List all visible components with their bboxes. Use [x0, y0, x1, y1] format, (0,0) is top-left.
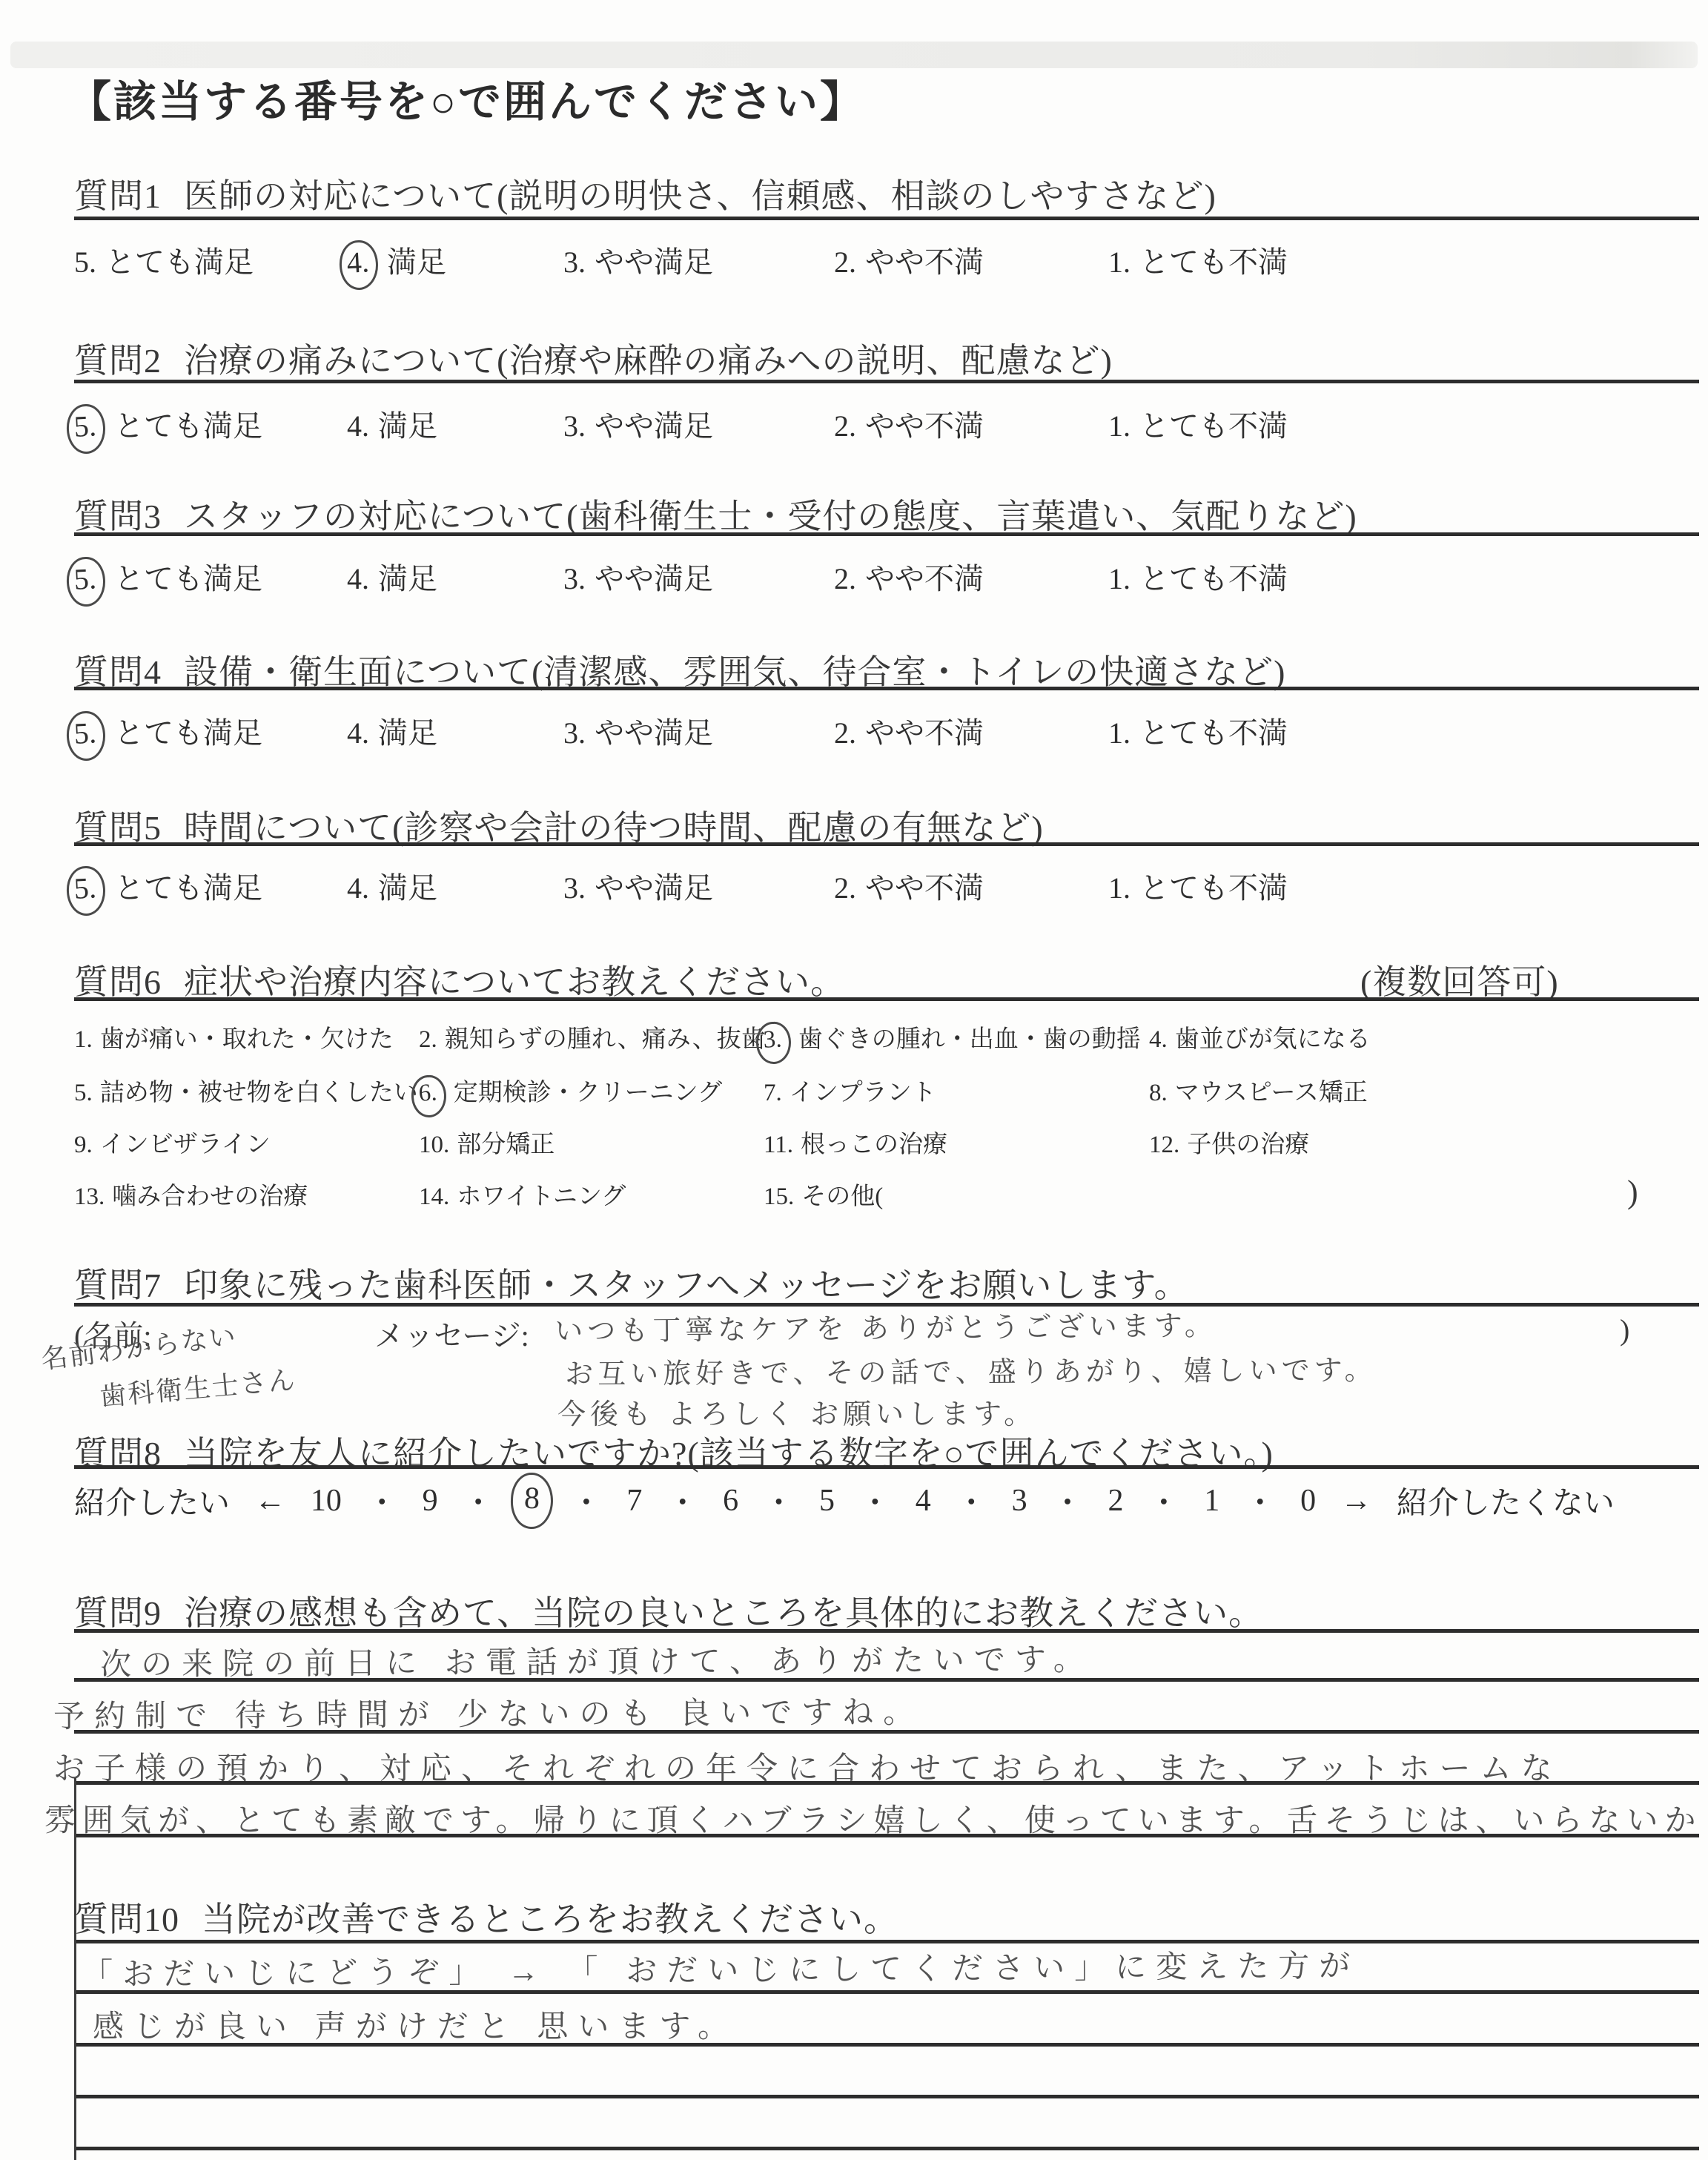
q10-answer-line-2 [74, 2043, 1699, 2047]
q4-option-4-label: 満足 [378, 716, 437, 750]
question-1-title: 医師の対応について(説明の明快さ、信頼感、相談のしやすさなど) [184, 177, 1217, 215]
q8-recommend-scale: 紹介したい ← 10 ・ 9 ・ 8 ・ 7 ・ 6 ・ 5 ・ 4 ・ 3 ・… [74, 1479, 1615, 1523]
q4-option-2: 2.やや不満 [834, 710, 984, 752]
q8-dot: ・ [1052, 1479, 1083, 1523]
q6-item-14-number: 14. [419, 1183, 449, 1210]
q2-option-3: 3.やや満足 [563, 403, 713, 445]
q8-number-0: 0 [1300, 1483, 1316, 1519]
question-10-number: 質問10 [74, 1900, 179, 1938]
q2-option-5-number-circled: 5. [65, 403, 106, 455]
q4-option-2-label: やや不満 [865, 716, 984, 750]
question-6-row-1: 1.歯が痛い・取れた・欠けた 2.親知らずの腫れ、痛み、抜歯 3.歯ぐきの腫れ・… [74, 1020, 1699, 1063]
question-6-row-4: 13.噛み合わせの治療 14.ホワイトニング 15.その他( [74, 1177, 1699, 1220]
q8-number-6: 6 [723, 1483, 738, 1519]
q2-option-4-label: 満足 [378, 409, 437, 443]
question-7-title: 印象に残った歯科医師・スタッフへメッセージをお願いします。 [184, 1266, 1189, 1304]
question-1-number: 質問1 [74, 177, 162, 215]
q6-item-10-label: 部分矯正 [457, 1132, 555, 1158]
q7-handwritten-message-line-3: 今後も よろしく お願いします。 [557, 1391, 1036, 1432]
q3-option-2-number: 2. [834, 562, 856, 595]
q2-option-1: 1.とても不満 [1108, 403, 1288, 445]
question-9-heading: 質問9治療の感想も含めて、当院の良いところを具体的にお教えください。 [74, 1586, 1263, 1635]
q8-dot: ・ [571, 1479, 602, 1523]
q1-option-2-number: 2. [834, 245, 856, 279]
q2-option-3-label: やや満足 [595, 409, 713, 443]
q10-handwritten-line-2: 感じが良い 声がけだと 思います。 [93, 2002, 738, 2047]
q1-option-5: 5.とても満足 [74, 239, 254, 281]
q2-option-3-number: 3. [563, 409, 586, 443]
q4-option-2-number: 2. [834, 716, 856, 750]
q6-item-5-number: 5. [74, 1080, 93, 1106]
page-left-edge-line [74, 1778, 76, 2160]
scan-edge-artifact [10, 42, 1698, 68]
q3-option-5: 5.とても満足 [74, 555, 262, 598]
question-3-options: 5.とても満足 4.満足 3.やや満足 2.やや不満 1.とても不満 [74, 555, 1699, 601]
q6-item-8: 8.マウスピース矯正 [1149, 1073, 1368, 1108]
q1-option-3: 3.やや満足 [563, 239, 713, 281]
q6-item-11-number: 11. [764, 1132, 793, 1158]
q2-option-1-number: 1. [1108, 409, 1131, 443]
q1-option-1-number: 1. [1108, 245, 1131, 279]
q1-option-2-label: やや不満 [865, 245, 984, 279]
q5-option-1: 1.とても不満 [1108, 865, 1288, 907]
q1-option-4-number-circled: 4. [338, 240, 379, 291]
q10-answer-line-3-empty [74, 2095, 1699, 2098]
q5-option-2-number: 2. [834, 871, 856, 905]
question-3-title: スタッフの対応について(歯科衛生士・受付の態度、言葉遣い、気配りなど) [184, 498, 1357, 535]
q4-option-3: 3.やや満足 [563, 710, 713, 752]
q8-left-arrow: ← [254, 1483, 285, 1519]
q6-item-11: 11.根っこの治療 [764, 1125, 947, 1160]
question-4-title: 設備・衛生面について(清潔感、雰囲気、待合室・トイレの快適さなど) [184, 653, 1285, 691]
question-2-divider [74, 380, 1699, 383]
q6-item-10: 10.部分矯正 [419, 1125, 555, 1160]
q7-handwritten-message-line-2: お互い旅好きで、その話で、盛りあがり、嬉しいです。 [565, 1347, 1377, 1392]
question-4-number: 質問4 [74, 653, 162, 691]
q1-option-3-label: やや満足 [595, 245, 713, 279]
q9-answer-line-1 [74, 1678, 1699, 1682]
q6-item-10-number: 10. [419, 1132, 449, 1158]
q1-option-3-number: 3. [563, 245, 586, 279]
q8-number-8-circled: 8 [510, 1472, 555, 1530]
question-1-divider [74, 217, 1699, 220]
q6-item-2-label: 親知らずの腫れ、痛み、抜歯 [445, 1026, 766, 1053]
question-2-title: 治療の痛みについて(治療や麻酔の痛みへの説明、配慮など) [184, 342, 1113, 380]
q3-option-1: 1.とても不満 [1108, 555, 1288, 598]
question-10-heading: 質問10当院が改善できるところをお教えください。 [74, 1892, 898, 1941]
q6-item-2-number: 2. [419, 1026, 437, 1053]
question-4-options: 5.とても満足 4.満足 3.やや満足 2.やや不満 1.とても不満 [74, 710, 1699, 756]
q8-number-5: 5 [819, 1483, 835, 1519]
q6-item-8-number: 8. [1149, 1080, 1168, 1106]
q2-option-4: 4.満足 [347, 403, 437, 445]
q8-dot: ・ [366, 1479, 397, 1523]
q8-dot: ・ [1148, 1479, 1179, 1523]
question-9-number: 質問9 [74, 1594, 162, 1632]
q5-option-3: 3.やや満足 [563, 865, 713, 907]
q6-item-9-label: インビザライン [100, 1132, 271, 1158]
q8-number-2: 2 [1108, 1483, 1123, 1519]
q6-item-5-label: 詰め物・被せ物を白くしたい [100, 1080, 418, 1106]
q4-option-3-number: 3. [563, 716, 586, 750]
question-2-number: 質問2 [74, 342, 162, 380]
q8-dot: ・ [859, 1479, 890, 1523]
q8-right-label: 紹介したくない [1397, 1479, 1615, 1523]
q6-item-14: 14.ホワイトニング [419, 1177, 626, 1212]
question-6-title: 症状や治療内容についてお教えください。 [184, 963, 845, 1001]
q4-option-5-label: とても満足 [114, 716, 262, 750]
q6-item-7-label: インプラント [790, 1080, 936, 1106]
q8-number-1: 1 [1204, 1483, 1219, 1519]
q8-left-label: 紹介したい [74, 1479, 230, 1523]
q1-option-5-label: とても満足 [105, 245, 254, 279]
q3-option-3-label: やや満足 [595, 562, 713, 595]
q9-answer-line-3 [74, 1781, 1699, 1785]
q7-handwritten-name-line-2: 歯科衛生士さん [98, 1359, 297, 1414]
q6-item-3: 3.歯ぐきの腫れ・出血・歯の動揺 [764, 1020, 1141, 1055]
q6-item-3-label: 歯ぐきの腫れ・出血・歯の動揺 [798, 1026, 1141, 1053]
q3-option-5-label: とても満足 [114, 562, 262, 595]
q6-item-8-label: マウスピース矯正 [1175, 1080, 1368, 1106]
question-5-number: 質問5 [74, 809, 162, 847]
q3-option-2: 2.やや不満 [834, 555, 984, 598]
q10-answer-line-1 [74, 1990, 1699, 1994]
question-6-divider [74, 997, 1699, 1001]
q6-item-4-label: 歯並びが気になる [1175, 1026, 1371, 1053]
q4-option-5-number-circled: 5. [65, 710, 106, 762]
q4-option-1-label: とても不満 [1139, 716, 1288, 750]
q6-item-13: 13.噛み合わせの治療 [74, 1177, 308, 1212]
question-9-divider [74, 1629, 1699, 1633]
q3-option-5-number-circled: 5. [65, 556, 106, 608]
q6-item-1-number: 1. [74, 1026, 93, 1053]
q8-right-arrow: → [1341, 1483, 1372, 1519]
q6-item-1-label: 歯が痛い・取れた・欠けた [100, 1026, 394, 1053]
q6-item-9: 9.インビザライン [74, 1125, 271, 1160]
q6-item-2: 2.親知らずの腫れ、痛み、抜歯 [419, 1020, 766, 1054]
question-10-divider [74, 1940, 1699, 1943]
q5-option-5-label: とても満足 [114, 871, 262, 905]
q5-option-3-label: やや満足 [595, 871, 713, 905]
q1-option-4: 4.満足 [347, 239, 446, 281]
q1-option-5-number: 5. [74, 245, 96, 279]
q3-option-4-label: 満足 [378, 562, 437, 595]
q2-option-4-number: 4. [347, 409, 369, 443]
q6-item-12: 12.子供の治療 [1149, 1125, 1309, 1160]
question-2-options: 5.とても満足 4.満足 3.やや満足 2.やや不満 1.とても不満 [74, 403, 1699, 449]
q3-option-1-label: とても不満 [1139, 562, 1288, 595]
q2-option-2: 2.やや不満 [834, 403, 984, 445]
q6-item-7: 7.インプラント [764, 1073, 936, 1108]
q9-answer-line-2 [74, 1730, 1699, 1734]
q4-option-1: 1.とても不満 [1108, 710, 1288, 752]
q6-item-15-label: その他( [801, 1183, 883, 1210]
q3-option-3-number: 3. [563, 562, 586, 595]
q5-option-1-label: とても不満 [1139, 871, 1288, 905]
q6-item-9-number: 9. [74, 1132, 93, 1158]
q6-item-6-label: 定期検診・クリーニング [454, 1080, 722, 1106]
q10-answer-line-4-empty [74, 2147, 1699, 2150]
q6-item-13-number: 13. [74, 1183, 105, 1210]
q9-answer-line-4 [74, 1834, 1699, 1837]
q1-option-4-label: 満足 [387, 245, 446, 279]
q6-item-5: 5.詰め物・被せ物を白くしたい [74, 1073, 418, 1108]
q5-option-5-number-circled: 5. [65, 865, 106, 917]
q8-number-9: 9 [423, 1483, 438, 1519]
question-9-title: 治療の感想も含めて、当院の良いところを具体的にお教えください。 [184, 1594, 1263, 1632]
question-5-title: 時間について(診察や会計の待つ時間、配慮の有無など) [184, 809, 1044, 847]
q6-item-4: 4.歯並びが気になる [1149, 1020, 1371, 1054]
survey-sheet: 【該当する番号を○で囲んでください】 質問1医師の対応について(説明の明快さ、信… [0, 0, 1708, 2160]
q9-handwritten-line-1: 次の来院の前日に お電話が頂けて、ありがたいです。 [100, 1635, 1094, 1685]
q7-close-paren: ) [1620, 1312, 1629, 1347]
question-6-number: 質問6 [74, 963, 162, 1001]
q5-option-4: 4.満足 [347, 865, 437, 907]
q2-option-2-label: やや不満 [865, 409, 984, 443]
q6-item-3-number-circled: 3. [755, 1021, 792, 1065]
q6-item-12-number: 12. [1149, 1132, 1179, 1158]
question-2-heading: 質問2治療の痛みについて(治療や麻酔の痛みへの説明、配慮など) [74, 334, 1113, 383]
q3-option-3: 3.やや満足 [563, 555, 713, 598]
q5-option-4-label: 満足 [378, 871, 437, 905]
q4-option-4-number: 4. [347, 716, 369, 750]
question-3-heading: 質問3スタッフの対応について(歯科衛生士・受付の態度、言葉遣い、気配りなど) [74, 489, 1357, 538]
question-10-title: 当院が改善できるところをお教えください。 [202, 1900, 898, 1938]
q8-dot: ・ [764, 1479, 795, 1523]
question-4-divider [74, 687, 1699, 690]
q10-handwritten-line-1: 「おだいじにどうぞ」 → 「 おだいじにしてください」に変えた方が [82, 1941, 1360, 1995]
q6-item-6-number-circled: 6. [411, 1074, 448, 1118]
q2-option-5-label: とても満足 [114, 409, 262, 443]
q6-item-7-number: 7. [764, 1080, 782, 1106]
q5-option-5: 5.とても満足 [74, 865, 262, 907]
q3-option-1-number: 1. [1108, 562, 1131, 595]
q1-option-1-label: とても不満 [1139, 245, 1288, 279]
q5-option-2-label: やや不満 [865, 871, 984, 905]
question-6-row-2: 5.詰め物・被せ物を白くしたい 6.定期検診・クリーニング 7.インプラント 8… [74, 1073, 1699, 1116]
q3-option-4: 4.満足 [347, 555, 437, 598]
q8-number-3: 3 [1012, 1483, 1027, 1519]
q6-item-12-label: 子供の治療 [1187, 1132, 1309, 1158]
q8-dot: ・ [956, 1479, 987, 1523]
q6-item-4-number: 4. [1149, 1026, 1168, 1053]
q2-option-1-label: とても不満 [1139, 409, 1288, 443]
q8-number-4: 4 [916, 1483, 931, 1519]
q1-option-1: 1.とても不満 [1108, 239, 1288, 281]
q7-message-label: メッセージ: [374, 1312, 529, 1355]
page-title: 【該当する番号を○で囲んでください】 [68, 67, 865, 129]
q3-option-4-number: 4. [347, 562, 369, 595]
q5-option-2: 2.やや不満 [834, 865, 984, 907]
q6-item-11-label: 根っこの治療 [801, 1132, 947, 1158]
q6-item-15-number: 15. [764, 1183, 794, 1210]
q4-option-5: 5.とても満足 [74, 710, 262, 752]
q6-item-1: 1.歯が痛い・取れた・欠けた [74, 1020, 394, 1054]
q6-item-15: 15.その他( [764, 1177, 883, 1212]
question-3-number: 質問3 [74, 498, 162, 535]
q4-option-1-number: 1. [1108, 716, 1131, 750]
question-3-divider [74, 532, 1699, 536]
question-5-divider [74, 842, 1699, 846]
q5-option-3-number: 3. [563, 871, 586, 905]
q8-number-7: 7 [626, 1483, 642, 1519]
q5-option-1-number: 1. [1108, 871, 1131, 905]
q7-handwritten-message-line-1: いつも丁寧なケアを ありがとうございます。 [555, 1302, 1217, 1349]
q6-item-6: 6.定期検診・クリーニング [419, 1073, 722, 1109]
q6-item-13-label: 噛み合わせの治療 [112, 1183, 308, 1210]
q2-option-5: 5.とても満足 [74, 403, 262, 445]
q6-item-14-label: ホワイトニング [457, 1183, 626, 1210]
q3-option-2-label: やや不満 [865, 562, 984, 595]
q2-option-2-number: 2. [834, 409, 856, 443]
q4-option-4: 4.満足 [347, 710, 437, 752]
question-8-divider [74, 1465, 1699, 1469]
question-5-options: 5.とても満足 4.満足 3.やや満足 2.やや不満 1.とても不満 [74, 865, 1699, 911]
question-1-options: 5.とても満足 4.満足 3.やや満足 2.やや不満 1.とても不満 [74, 239, 1699, 285]
question-7-number: 質問7 [74, 1266, 162, 1304]
q5-option-4-number: 4. [347, 871, 369, 905]
q8-dot: ・ [667, 1479, 698, 1523]
question-6-row-3: 9.インビザライン 10.部分矯正 11.根っこの治療 12.子供の治療 [74, 1125, 1699, 1168]
q6-other-close-paren: ) [1627, 1173, 1638, 1211]
q8-dot: ・ [463, 1479, 494, 1523]
q8-dot: ・ [1245, 1479, 1276, 1523]
q8-number-10: 10 [311, 1483, 342, 1519]
question-7-heading: 質問7印象に残った歯科医師・スタッフへメッセージをお願いします。 [74, 1258, 1189, 1307]
question-1-heading: 質問1医師の対応について(説明の明快さ、信頼感、相談のしやすさなど) [74, 169, 1217, 218]
q1-option-2: 2.やや不満 [834, 239, 984, 281]
q4-option-3-label: やや満足 [595, 716, 713, 750]
